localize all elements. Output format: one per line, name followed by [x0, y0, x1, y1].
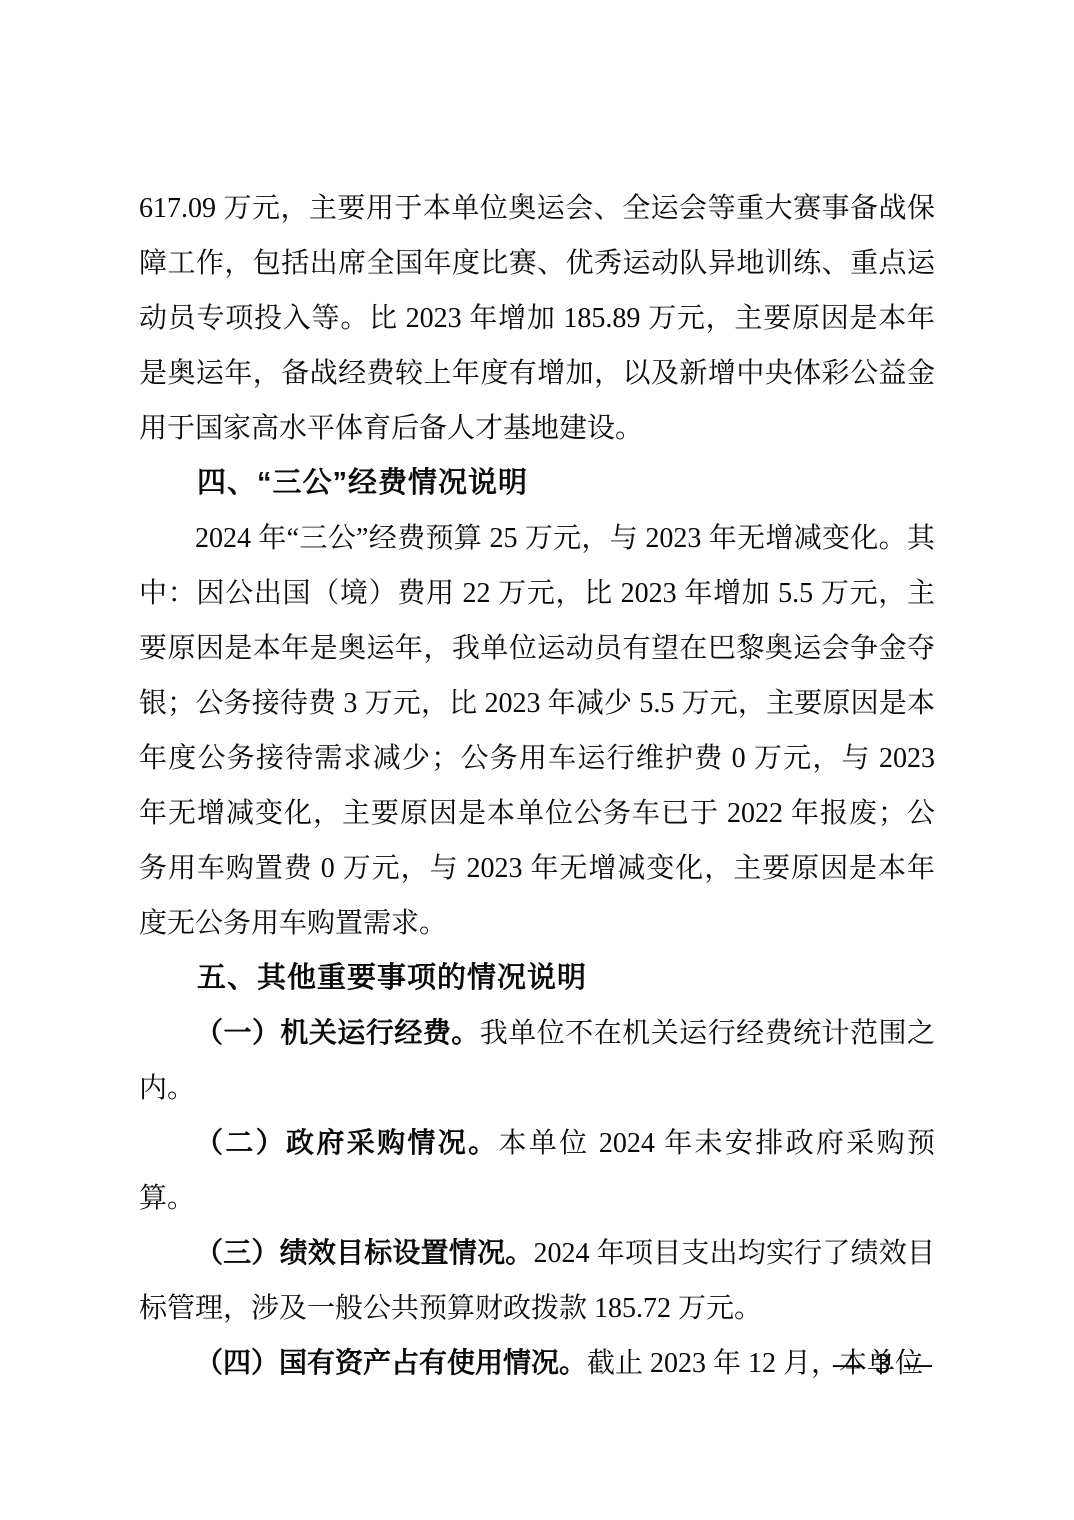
page-content: 617.09 万元，主要用于本单位奥运会、全运会等重大赛事备战保障工作，包括出席… — [139, 181, 935, 1391]
document-page: 617.09 万元，主要用于本单位奥运会、全运会等重大赛事备战保障工作，包括出席… — [0, 0, 1074, 1520]
paragraph-special-funds-continuation: 617.09 万元，主要用于本单位奥运会、全运会等重大赛事备战保障工作，包括出席… — [139, 181, 935, 456]
paragraph-item-government-procurement: （二）政府采购情况。本单位 2024 年未安排政府采购预算。 — [139, 1116, 935, 1226]
paragraph-item-agency-operating-costs: （一）机关运行经费。我单位不在机关运行经费统计范围之内。 — [139, 1006, 935, 1116]
section-heading-other-important-matters: 五、其他重要事项的情况说明 — [139, 951, 935, 1006]
subsection-label-3: （三）绩效目标设置情况。 — [195, 1238, 534, 1269]
subsection-label-2: （二）政府采购情况。 — [195, 1128, 498, 1159]
paragraph-item-state-assets: （四）国有资产占有使用情况。截止 2023 年 12 月，本单位 — [139, 1336, 935, 1391]
subsection-label-4: （四）国有资产占有使用情况。 — [195, 1348, 587, 1379]
paragraph-three-public-expenses: 2024 年“三公”经费预算 25 万元，与 2023 年无增减变化。其中：因公… — [139, 511, 935, 951]
subsection-label-1: （一）机关运行经费。 — [195, 1018, 480, 1049]
section-heading-three-public-expenses: 四、“三公”经费情况说明 — [139, 456, 935, 511]
paragraph-item-performance-targets: （三）绩效目标设置情况。2024 年项目支出均实行了绩效目标管理，涉及一般公共预… — [139, 1226, 935, 1336]
page-number: — 3 — — [833, 1348, 935, 1380]
